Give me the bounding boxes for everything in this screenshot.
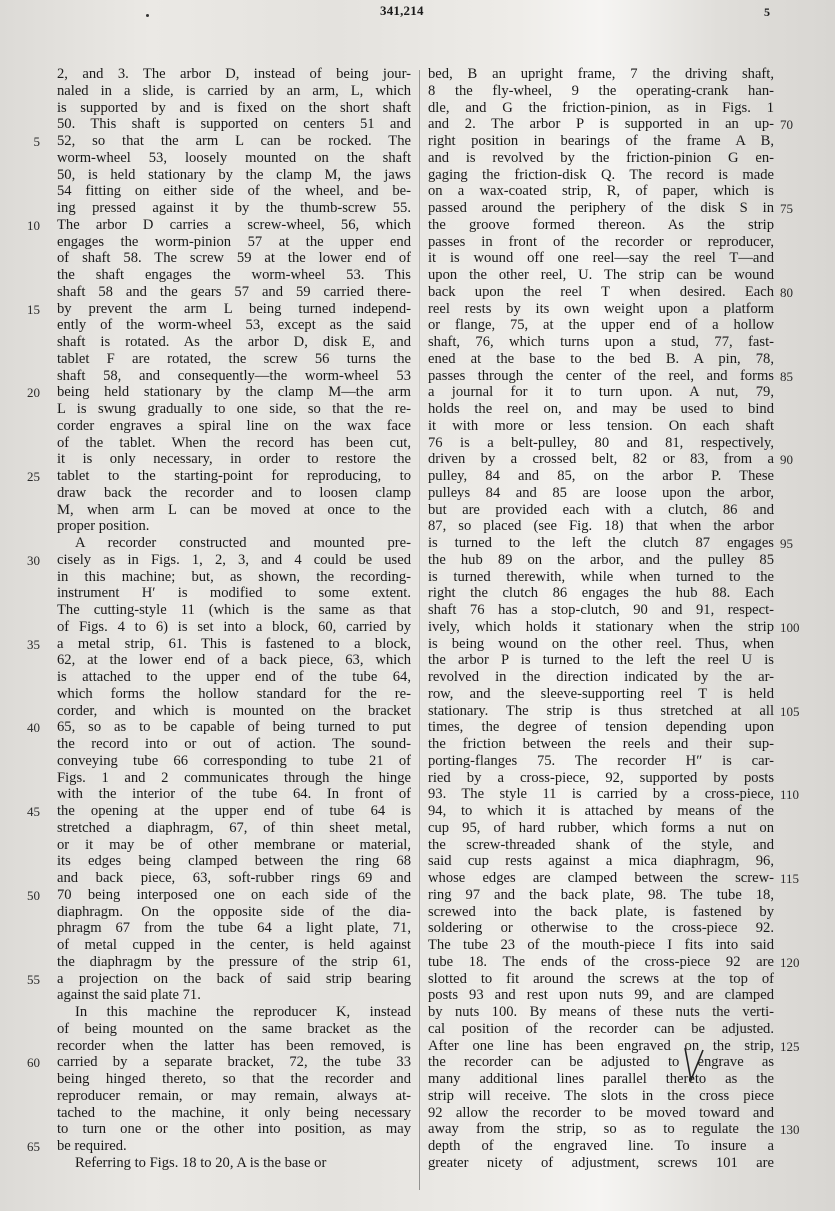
text-line: pulley, 84 and 85, on the arbor P. These bbox=[428, 468, 774, 485]
text-line: tablet to the starting-point for reprodu… bbox=[57, 468, 411, 485]
text-line: 50. This shaft is supported on centers 5… bbox=[57, 116, 411, 133]
text-line: holds the reel on, and may be used to bi… bbox=[428, 401, 774, 418]
line-number-marker: 90 bbox=[780, 452, 793, 469]
text-line: depth of the engraved line. To insure a bbox=[428, 1138, 774, 1155]
text-line: is supported by and is fixed on the shor… bbox=[57, 100, 411, 117]
text-line: instrument H′ is modified to some extent… bbox=[57, 585, 411, 602]
text-line: shaft is rotated. As the arbor D, disk E… bbox=[57, 334, 411, 351]
line-number-marker: 120 bbox=[780, 955, 800, 972]
text-line: of shaft 58. The screw 59 at the lower e… bbox=[57, 250, 411, 267]
text-line: by nuts 100. By means of these nuts the … bbox=[428, 1004, 774, 1021]
line-number-marker: 15 bbox=[27, 302, 40, 319]
line-number-marker: 40 bbox=[27, 720, 40, 737]
text-line: After one line has been engraved on the … bbox=[428, 1038, 774, 1055]
text-line: posts 93 and rest upon nuts 99, and are … bbox=[428, 987, 774, 1004]
line-number-marker: 100 bbox=[780, 620, 800, 637]
text-line: draw back the recorder and to loosen cla… bbox=[57, 485, 411, 502]
text-line: the hub 89 on the arbor, and the pulley … bbox=[428, 552, 774, 569]
text-line: The arbor D carries a screw-wheel, 56, w… bbox=[57, 217, 411, 234]
text-line: the diaphragm by the pressure of the str… bbox=[57, 954, 411, 971]
text-line: with the interior of the tube 64. In fro… bbox=[57, 786, 411, 803]
text-line: is being wound on the other reel. Thus, … bbox=[428, 636, 774, 653]
text-line: back upon the reel T when desired. Each bbox=[428, 284, 774, 301]
line-number-marker: 20 bbox=[27, 385, 40, 402]
text-line: its edges being clamped between the ring… bbox=[57, 853, 411, 870]
text-line: proper position. bbox=[57, 518, 411, 535]
text-line: worm-wheel 53, loosely mounted on the sh… bbox=[57, 150, 411, 167]
text-line: on a wax-coated strip, R, of paper, whic… bbox=[428, 183, 774, 200]
text-line: and back piece, 63, soft-rubber rings 69… bbox=[57, 870, 411, 887]
text-line: the record into or out of action. The so… bbox=[57, 736, 411, 753]
text-line: Referring to Figs. 18 to 20, A is the ba… bbox=[57, 1155, 411, 1172]
line-number-marker: 30 bbox=[27, 553, 40, 570]
text-line: the screw-threaded shank of the style, a… bbox=[428, 837, 774, 854]
text-line: ing pressed against it by the thumb-scre… bbox=[57, 200, 411, 217]
text-line: away from the strip, so as to regulate t… bbox=[428, 1121, 774, 1138]
line-number-marker: 50 bbox=[27, 888, 40, 905]
text-line: tached to the machine, it only being nec… bbox=[57, 1105, 411, 1122]
text-line: M, when arm L can be moved at once to th… bbox=[57, 502, 411, 519]
text-line: of Figs. 4 to 6) is set into a block, 60… bbox=[57, 619, 411, 636]
line-number-marker: 105 bbox=[780, 704, 800, 721]
column-divider bbox=[419, 70, 420, 1190]
text-line: engages the worm-pinion 57 at the upper … bbox=[57, 234, 411, 251]
text-line: 65, so as to be capable of being turned … bbox=[57, 719, 411, 736]
text-line: 62, at the lower end of a back piece, 63… bbox=[57, 652, 411, 669]
text-line: ried by a cross-piece, 92, supported by … bbox=[428, 770, 774, 787]
page-number: 5 bbox=[764, 5, 770, 20]
text-line: passed around the periphery of the disk … bbox=[428, 200, 774, 217]
text-line: 54 fitting on either side of the wheel, … bbox=[57, 183, 411, 200]
text-line: shaft 58 and the gears 57 and 59 carried… bbox=[57, 284, 411, 301]
text-line: 87, so placed (see Fig. 18) that when th… bbox=[428, 518, 774, 535]
text-line: the shaft engages the worm-wheel 53. Thi… bbox=[57, 267, 411, 284]
text-line: is turned to the left the clutch 87 enga… bbox=[428, 535, 774, 552]
text-line: 93. The style 11 is carried by a cross-p… bbox=[428, 786, 774, 803]
page-header: 341,214 5 bbox=[0, 0, 835, 30]
text-line: but are provided each with a clutch, 86 … bbox=[428, 502, 774, 519]
text-line: The tube 23 of the mouth-piece I fits in… bbox=[428, 937, 774, 954]
text-line: 2, and 3. The arbor D, instead of being … bbox=[57, 66, 411, 83]
text-line: or it may be of other membrane or materi… bbox=[57, 837, 411, 854]
line-number-marker: 55 bbox=[27, 972, 40, 989]
text-line: diaphragm. On the opposite side of the d… bbox=[57, 904, 411, 921]
line-number-marker: 45 bbox=[27, 804, 40, 821]
text-line: shaft 76 has a stop-clutch, 90 and 91, r… bbox=[428, 602, 774, 619]
text-line: against the said plate 71. bbox=[57, 987, 411, 1004]
text-line: soldering or otherwise to the cross-piec… bbox=[428, 920, 774, 937]
text-line: bed, B an upright frame, 7 the driving s… bbox=[428, 66, 774, 83]
text-line: L is swung gradually to one side, so tha… bbox=[57, 401, 411, 418]
text-line: screwed into the back plate, is fastened… bbox=[428, 904, 774, 921]
text-line: passes through the center of the reel, a… bbox=[428, 368, 774, 385]
stray-dot bbox=[146, 14, 149, 17]
text-line: being held stationary by the clamp M—the… bbox=[57, 384, 411, 401]
text-line: 52, so that the arm L can be rocked. The bbox=[57, 133, 411, 150]
line-number-marker: 125 bbox=[780, 1039, 800, 1056]
text-line: to turn one or the other into position, … bbox=[57, 1121, 411, 1138]
text-line: 94, to which it is attached by means of … bbox=[428, 803, 774, 820]
text-line: said cup rests against a mica diaphragm,… bbox=[428, 853, 774, 870]
text-line: dle, and G the friction-pinion, as in Fi… bbox=[428, 100, 774, 117]
text-line: a metal strip, 61. This is fastened to a… bbox=[57, 636, 411, 653]
text-line: right the clutch 86 engages the hub 88. … bbox=[428, 585, 774, 602]
text-line: porting-flanges 75. The recorder H″ is c… bbox=[428, 753, 774, 770]
text-line: carried by a separate bracket, 72, the t… bbox=[57, 1054, 411, 1071]
text-line: and 2. The arbor P is supported in an up… bbox=[428, 116, 774, 133]
text-line: cal position of the recorder can be adju… bbox=[428, 1021, 774, 1038]
text-line: which forms the hollow standard for the … bbox=[57, 686, 411, 703]
text-line: ively, which holds it stationary when th… bbox=[428, 619, 774, 636]
line-number-marker: 85 bbox=[780, 369, 793, 386]
text-line: passes in front of the recorder or repro… bbox=[428, 234, 774, 251]
text-line: In this machine the reproducer K, instea… bbox=[57, 1004, 411, 1021]
line-number-marker: 95 bbox=[780, 536, 793, 553]
text-line: or flange, 75, at the upper end of a hol… bbox=[428, 317, 774, 334]
text-line: gaging the friction-disk Q. The record i… bbox=[428, 167, 774, 184]
line-number-marker: 130 bbox=[780, 1122, 800, 1139]
text-line: revolved in the direction indicated by t… bbox=[428, 669, 774, 686]
text-line: a projection on the back of said strip b… bbox=[57, 971, 411, 988]
line-number-marker: 5 bbox=[34, 134, 41, 151]
text-line: stretched a diaphragm, 67, of thin sheet… bbox=[57, 820, 411, 837]
text-line: stationary. The strip is thus stretched … bbox=[428, 703, 774, 720]
text-line: strip will receive. The slots in the cro… bbox=[428, 1088, 774, 1105]
text-line: the recorder can be adjusted to engrave … bbox=[428, 1054, 774, 1071]
text-line: cisely as in Figs. 1, 2, 3, and 4 could … bbox=[57, 552, 411, 569]
text-line: is turned therewith, while when turned t… bbox=[428, 569, 774, 586]
text-line: A recorder constructed and mounted pre- bbox=[57, 535, 411, 552]
text-line: and is revolved by the friction-pinion G… bbox=[428, 150, 774, 167]
text-line: ened at the base to the bed B. A pin, 78… bbox=[428, 351, 774, 368]
patent-number: 341,214 bbox=[380, 3, 424, 19]
text-line: 70 being interposed one on each side of … bbox=[57, 887, 411, 904]
text-line: right position in bearings of the frame … bbox=[428, 133, 774, 150]
text-line: naled in a slide, is carried by an arm, … bbox=[57, 83, 411, 100]
text-line: greater nicety of adjustment, screws 101… bbox=[428, 1155, 774, 1172]
text-line: shaft, 76, which turns upon a stud, 77, … bbox=[428, 334, 774, 351]
text-line: the opening at the upper end of tube 64 … bbox=[57, 803, 411, 820]
text-line: pulleys 84 and 85 are loose upon the arb… bbox=[428, 485, 774, 502]
text-line: many additional lines parallel thereto a… bbox=[428, 1071, 774, 1088]
text-line: of being mounted on the same bracket as … bbox=[57, 1021, 411, 1038]
line-number-marker: 25 bbox=[27, 469, 40, 486]
text-line: tube 18. The ends of the cross-piece 92 … bbox=[428, 954, 774, 971]
text-line: in this machine; but, as shown, the reco… bbox=[57, 569, 411, 586]
right-column-text: bed, B an upright frame, 7 the driving s… bbox=[428, 66, 774, 1172]
text-line: it is only necessary, in order to restor… bbox=[57, 451, 411, 468]
line-number-marker: 60 bbox=[27, 1055, 40, 1072]
text-line: shaft 58, and consequently—the worm-whee… bbox=[57, 368, 411, 385]
text-line: cup 95, of hard rubber, which forms a nu… bbox=[428, 820, 774, 837]
text-line: slotted to fit around the screws at the … bbox=[428, 971, 774, 988]
left-column-text: 2, and 3. The arbor D, instead of being … bbox=[57, 66, 411, 1172]
text-line: The cutting-style 11 (which is the same … bbox=[57, 602, 411, 619]
line-number-marker: 35 bbox=[27, 637, 40, 654]
text-line: conveying tube 66 corresponding to tube … bbox=[57, 753, 411, 770]
text-line: of the tablet. When the record has been … bbox=[57, 435, 411, 452]
text-line: phragm 67 from the tube 64 a light plate… bbox=[57, 920, 411, 937]
text-line: 92 allow the recorder to be moved toward… bbox=[428, 1105, 774, 1122]
text-line: reel rests by its own weight upon a plat… bbox=[428, 301, 774, 318]
text-line: times, the degree of tension depending u… bbox=[428, 719, 774, 736]
text-line: 8 the fly-wheel, 9 the operating-crank h… bbox=[428, 83, 774, 100]
text-line: 76 is a belt-pulley, 80 and 81, respecti… bbox=[428, 435, 774, 452]
handwritten-caret-mark bbox=[683, 1046, 705, 1082]
line-number-marker: 75 bbox=[780, 201, 793, 218]
text-line: it with more or less tension. On each sh… bbox=[428, 418, 774, 435]
line-number-marker: 115 bbox=[780, 871, 799, 888]
text-line: of metal cupped in the center, is held a… bbox=[57, 937, 411, 954]
text-line: upon the other reel, U. The strip can be… bbox=[428, 267, 774, 284]
text-line: ently of the worm-wheel 53, except as th… bbox=[57, 317, 411, 334]
line-number-marker: 80 bbox=[780, 285, 793, 302]
text-line: it is wound off one reel—say the reel T—… bbox=[428, 250, 774, 267]
line-number-marker: 110 bbox=[780, 787, 799, 804]
text-line: the friction between the reels and their… bbox=[428, 736, 774, 753]
text-line: ring 97 and the back plate, 98. The tube… bbox=[428, 887, 774, 904]
text-line: reproducer remain, or may remain, always… bbox=[57, 1088, 411, 1105]
text-line: is attached to the upper end of the tube… bbox=[57, 669, 411, 686]
text-line: recorder when the latter has been remove… bbox=[57, 1038, 411, 1055]
text-line: Figs. 1 and 2 communicates through the h… bbox=[57, 770, 411, 787]
text-line: the groove formed thereon. As the strip bbox=[428, 217, 774, 234]
text-line: row, and the sleeve-supporting reel T is… bbox=[428, 686, 774, 703]
text-line: corder, and which is mounted on the brac… bbox=[57, 703, 411, 720]
text-line: by prevent the arm L being turned indepe… bbox=[57, 301, 411, 318]
text-line: the arbor P is turned to the left the re… bbox=[428, 652, 774, 669]
line-number-marker: 70 bbox=[780, 117, 793, 134]
line-number-marker: 10 bbox=[27, 218, 40, 235]
text-line: corder engraves a spiral line on the wax… bbox=[57, 418, 411, 435]
text-line: 50, is held stationary by the clamp M, t… bbox=[57, 167, 411, 184]
line-number-marker: 65 bbox=[27, 1139, 40, 1156]
text-line: tablet F are rotated, the screw 56 turns… bbox=[57, 351, 411, 368]
text-line: whose edges are clamped between the scre… bbox=[428, 870, 774, 887]
text-line: being hinged thereto, so that the record… bbox=[57, 1071, 411, 1088]
text-line: be required. bbox=[57, 1138, 411, 1155]
text-line: driven by a crossed belt, 82 or 83, from… bbox=[428, 451, 774, 468]
text-line: a journal for it to turn upon. A nut, 79… bbox=[428, 384, 774, 401]
